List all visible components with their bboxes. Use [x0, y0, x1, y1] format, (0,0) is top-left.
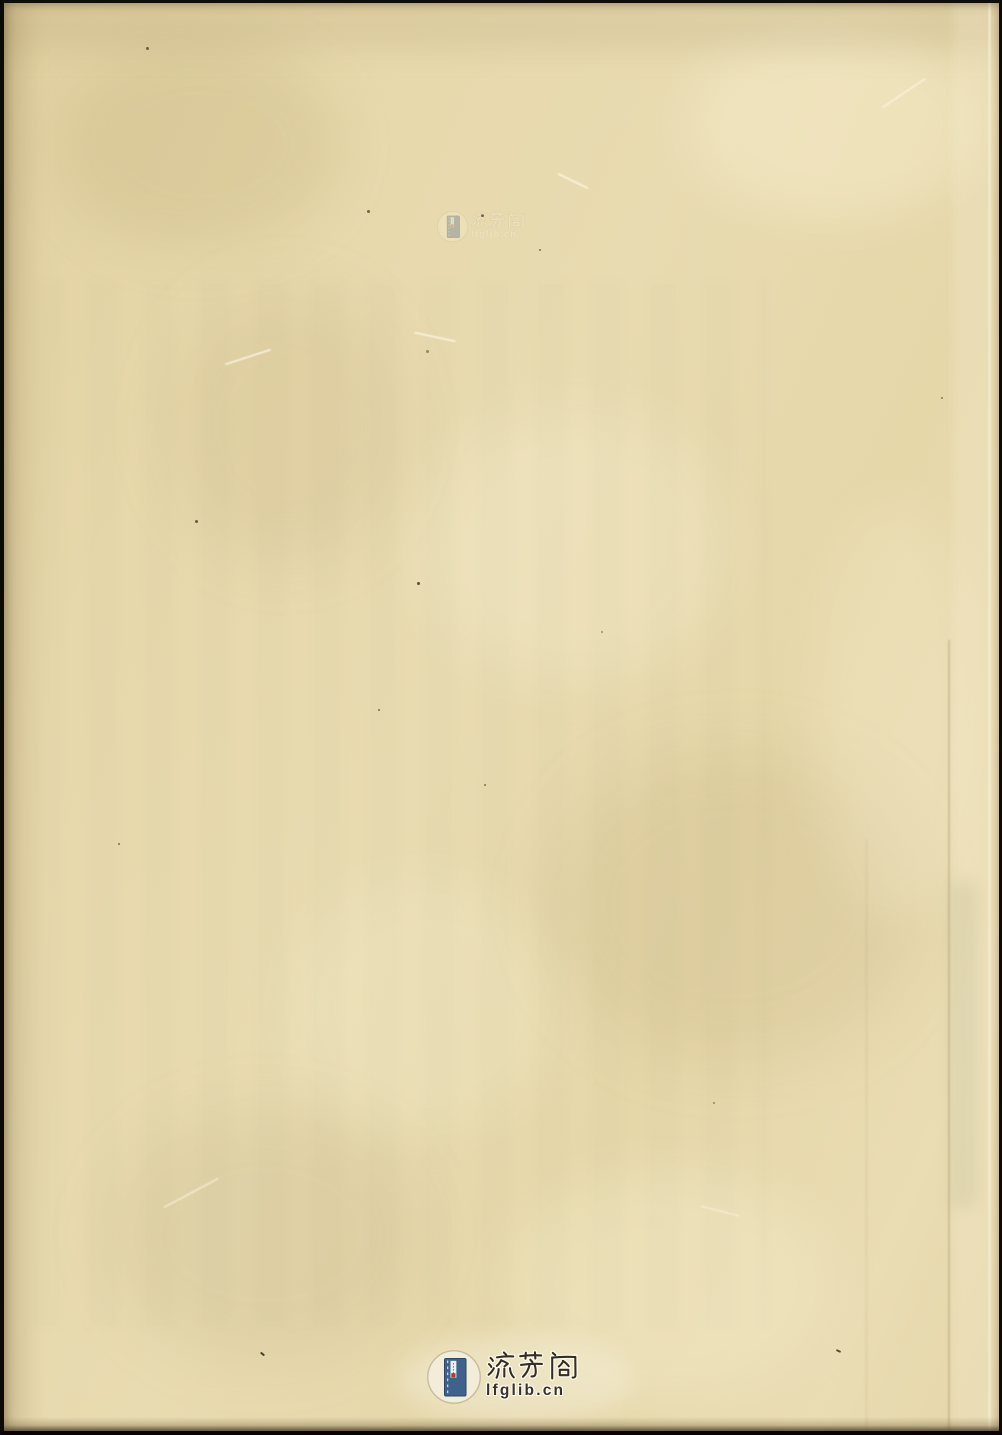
- paper-fiber: [882, 78, 926, 109]
- scanned-page: 流芳阁 lfglib.cn: [0, 0, 1002, 1435]
- page-edge-line: [988, 0, 991, 1435]
- paper-speck: [378, 709, 380, 711]
- paper-speck: [118, 843, 120, 845]
- page-crease: [948, 640, 950, 1435]
- site-domain-text: lfglib.cn: [471, 230, 527, 239]
- paper-blotch: [690, 30, 980, 220]
- paper-blotch: [290, 880, 560, 1130]
- site-domain-text: lfglib.cn: [486, 1383, 582, 1399]
- paper-speck: [195, 520, 198, 523]
- paper-fiber: [557, 173, 588, 190]
- site-name-text: 流芳阁: [471, 211, 527, 230]
- paper-blotch: [550, 750, 920, 1060]
- paper-blotch: [0, 0, 1002, 50]
- paper-speck: [836, 1349, 841, 1353]
- paper-speck: [539, 249, 541, 251]
- paper-fiber: [414, 332, 455, 343]
- paper-speck: [146, 47, 149, 50]
- watermark-top: 流芳阁 lfglib.cn: [437, 211, 527, 242]
- paper-fiber: [700, 1205, 739, 1217]
- paper-smudge: [950, 880, 978, 1210]
- paper-blotch: [420, 410, 730, 680]
- paper-speck: [484, 784, 486, 786]
- bottom-scan-shadow: [0, 1417, 1002, 1435]
- paper-blotch: [60, 40, 340, 250]
- paper-fiber: [163, 1178, 219, 1209]
- page-crease: [866, 840, 867, 1435]
- paper-speck: [417, 582, 420, 585]
- thread-bound-book-icon: [427, 1350, 481, 1404]
- paper-blotch: [110, 1110, 420, 1360]
- watermark-bottom: 流芳阁 lfglib.cn: [427, 1350, 582, 1404]
- paper-blotch: [170, 290, 400, 560]
- site-name-glyphs: 流芳阁: [485, 1350, 582, 1382]
- paper-speck: [713, 1102, 715, 1104]
- paper-speck: [426, 350, 429, 353]
- page-edge-highlight: [953, 0, 991, 1435]
- paper-speck: [601, 631, 603, 633]
- paper-speck: [260, 1352, 265, 1357]
- paper-speck: [367, 210, 370, 213]
- reverse-side-bleed-through: [30, 280, 770, 1330]
- site-name-text: 流芳阁: [485, 1350, 582, 1382]
- paper-fiber: [225, 349, 271, 366]
- site-name-glyphs: 流芳阁: [471, 211, 527, 230]
- paper-blotch: [810, 500, 980, 920]
- paper-speck: [941, 397, 943, 399]
- paper-blotch: [0, 0, 28, 1435]
- thread-bound-book-icon: [437, 211, 468, 242]
